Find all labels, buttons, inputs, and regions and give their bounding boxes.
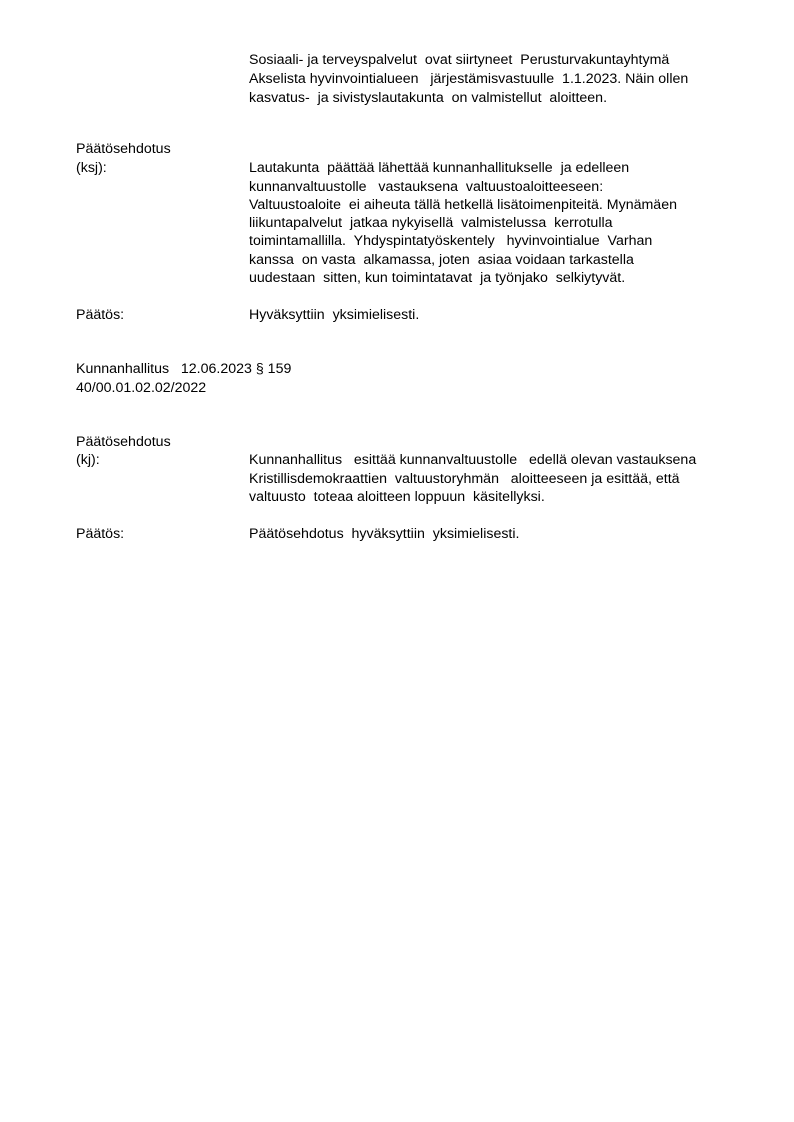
decision-label: Päätös: (76, 306, 124, 325)
proposal-line: Lautakunta päättää lähettää kunnanhallit… (249, 159, 629, 178)
decision-text: Hyväksyttiin yksimielisesti. (249, 306, 419, 325)
decision-text: Päätösehdotus hyväksyttiin yksimielisest… (249, 525, 519, 544)
meeting-heading: Kunnanhallitus 12.06.2023 § 159 (76, 360, 291, 379)
proposal-line: toimintamallilla. Yhdyspintatyöskentely … (249, 232, 652, 251)
proposal-line: liikuntapalvelut jatkaa nykyisellä valmi… (249, 214, 613, 233)
proposal-label: Päätösehdotus (76, 433, 171, 452)
case-number: 40/00.01.02.02/2022 (76, 379, 206, 398)
proposal-line: Valtuustoaloite ei aiheuta tällä hetkell… (249, 196, 677, 215)
proposal-line: kanssa on vasta alkamassa, joten asiaa v… (249, 251, 634, 270)
proposal-line: Kristillisdemokraattien valtuustoryhmän … (249, 470, 680, 489)
proposal-line: Kunnanhallitus esittää kunnanvaltuustoll… (249, 451, 696, 470)
proposal-label: Päätösehdotus (76, 140, 171, 159)
proposal-label-sub: (kj): (76, 451, 100, 470)
intro-line: kasvatus- ja sivistyslautakunta on valmi… (249, 89, 607, 108)
proposal-label-sub: (ksj): (76, 159, 107, 178)
proposal-line: uudestaan sitten, kun toimintatavat ja t… (249, 269, 625, 288)
intro-line: Sosiaali- ja terveyspalvelut ovat siirty… (249, 51, 669, 70)
intro-line: Akselista hyvinvointialueen järjestämisv… (249, 70, 688, 89)
proposal-line: valtuusto toteaa aloitteen loppuun käsit… (249, 488, 545, 507)
decision-label: Päätös: (76, 525, 124, 544)
proposal-line: kunnanvaltuustolle vastauksena valtuusto… (249, 178, 603, 197)
